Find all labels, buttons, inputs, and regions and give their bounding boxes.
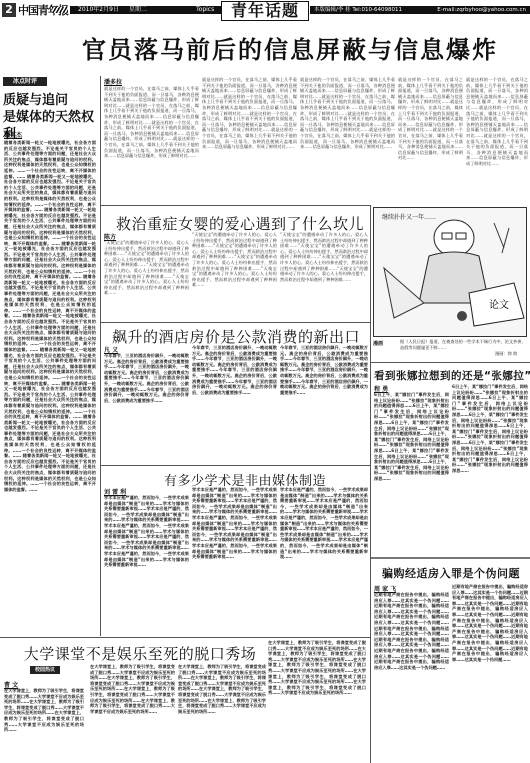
zhang-headline: 看到张娜拉想到的还是“张娜拉” <box>374 368 528 383</box>
left-article-body: 随着各类新闻一轮又一轮地被曝光，社会各方面的反应也越发强烈。不论是关于官员的个人… <box>4 140 96 680</box>
housing-headline: 骗购经适房入罪是个伪问题 <box>374 565 528 581</box>
editorial-cartoon: 继续扑扑又一年…… 论文 <box>373 207 527 337</box>
weekday: 星期二 <box>129 6 147 13</box>
svg-text:论文: 论文 <box>489 298 509 311</box>
page-number: 2 <box>2 3 16 17</box>
rescue-col2: “天使宝宝”的遭遇牵动了许多人的心。爱心人士纷纷伸出援手，然而救治过程中却遇到了… <box>192 232 277 320</box>
hotel-headline: 飙升的酒店房价是公款消费的新出口 <box>105 326 367 347</box>
academic-col2: 学术本应是严谨的，然而如今，一些学术成果却是由媒体“制造”出来的……学术与媒体的… <box>192 487 277 633</box>
classroom-tag: 校园热议 <box>30 666 60 674</box>
hotel-col1: 今年春节，三亚的酒店房价飙升，一晚动辄数万元。高企的房价背后，公款消费成为重要推… <box>104 353 189 443</box>
column-tag: 冰点时评 <box>3 77 47 86</box>
section-divider <box>0 637 370 638</box>
divider <box>101 205 371 206</box>
academic-col1: 学术本应是严谨的，然而如今，一些学术成果却是由媒体“制造”出来的……学术与媒体的… <box>104 495 189 633</box>
classroom-col3: 在大学课堂上，教师为了吸引学生，将课堂变成了脱口秀……大学课堂不应成为娱乐至死的… <box>178 664 266 763</box>
left-headline-line1: 质疑与追问 <box>3 92 99 109</box>
divider <box>101 465 371 466</box>
classroom-headline: 大学课堂不是娱乐至死的脱口秀场 <box>20 643 260 664</box>
zhang-col1: 6日上午，某“娜拉门”事件发生后，网络上议论纷纷……“张娜拉”现象折射出的问题值… <box>374 392 449 542</box>
top-article-col2: 就是这样的一个官员，在落马之前，媒体上几乎看不到关于他的负面报道，而一旦落马，各… <box>202 77 297 204</box>
column-divider <box>100 76 101 636</box>
main-headline: 官员落马前后的信息屏蔽与信息爆炸 <box>60 30 520 65</box>
hatch-decoration <box>52 7 68 13</box>
housing-col2: 近期有地产商在报告中提出，骗购经适房应入罪……这其实是一个伪问题……近期有地产商… <box>452 584 528 760</box>
section-title: 青年话题 <box>221 1 309 21</box>
email: E-mail:zqrbyhoo@yahoo.com.cn <box>437 6 526 14</box>
right-column-divider <box>370 205 371 763</box>
cartoon-caption: 据《人民日报》报道，在被查处的一些学术不端行为中，论文抄袭、造假等问题屡见不鲜…… <box>400 339 528 350</box>
cartoon-illustration: 论文 <box>374 208 527 337</box>
housing-col1: 近期有地产商在报告中提出，骗购经适房应入罪……这其实是一个伪问题……近期有地产商… <box>374 592 449 760</box>
classroom-col1: 在大学课堂上，教师为了吸引学生，将课堂变成了脱口秀……大学课堂不应成为娱乐至死的… <box>4 688 84 763</box>
academic-col3: 学术本应是严谨的，然而如今，一些学术成果却是由媒体“制造”出来的……学术与媒体的… <box>280 487 368 633</box>
classroom-col2: 在大学课堂上，教师为了吸引学生，将课堂变成了脱口秀……大学课堂不应成为娱乐至死的… <box>90 664 175 763</box>
top-article-author: 潘多拉 <box>104 77 122 86</box>
classroom-col4: 在大学课堂上，教师为了吸引学生，将课堂变成了脱口秀……大学课堂不应成为娱乐至死的… <box>268 640 366 763</box>
hotel-col3: 今年春节，三亚的酒店房价飙升，一晚动辄数万元。高企的房价背后，公款消费成为重要推… <box>280 345 368 443</box>
cartoon-label: 漫画 <box>373 340 383 347</box>
editor-bar: 本版编辑/李 桂 Tel:010-64098011 E-mail:zqrbyho… <box>310 6 530 14</box>
divider <box>371 557 530 559</box>
top-article-col4: 就是这样的一个官员，在落马之前，媒体上几乎看不到关于他的负面报道，而一旦落马，各… <box>398 77 463 204</box>
left-author: 魏英杰 <box>4 130 22 139</box>
date: 2010年2月9日 <box>78 6 119 13</box>
rescue-headline: 救治重症女婴的爱心遇到了什么坎儿 <box>110 213 370 234</box>
top-article-col1: 就是这样的一个官员，在落马之前，媒体上几乎看不到关于他的负面报道，而一旦落马，各… <box>104 86 199 204</box>
zhang-col2: 6日上午，某“娜拉门”事件发生后，网络上议论纷纷……“张娜拉”现象折射出的问题值… <box>452 384 528 542</box>
divider <box>371 362 530 363</box>
top-article-col3: 就是这样的一个官员，在落马之前，媒体上几乎看不到关于他的负面报道，而一旦落马，各… <box>300 77 395 204</box>
hotel-col2: 今年春节，三亚的酒店房价飙升，一晚动辄数万元。高企的房价背后，公款消费成为重要推… <box>192 345 277 443</box>
rescue-col3: “天使宝宝”的遭遇牵动了许多人的心。爱心人士纷纷伸出援手，然而救治过程中却遇到了… <box>280 232 368 320</box>
divider <box>101 322 371 323</box>
rescue-col1: “天使宝宝”的遭遇牵动了许多人的心。爱心人士纷纷伸出援手，然而救治过程中却遇到了… <box>104 240 189 320</box>
top-article-col5: 就是这样的一个官员，在落马之前，媒体上几乎看不到关于他的负面报道，而一旦落马，各… <box>466 77 528 204</box>
topics-label: Topics <box>196 6 214 14</box>
cartoon-artist: 漫画：徐 简 <box>495 351 517 357</box>
editor-info: 本版编辑/李 桂 Tel:010-64098011 <box>314 7 402 13</box>
